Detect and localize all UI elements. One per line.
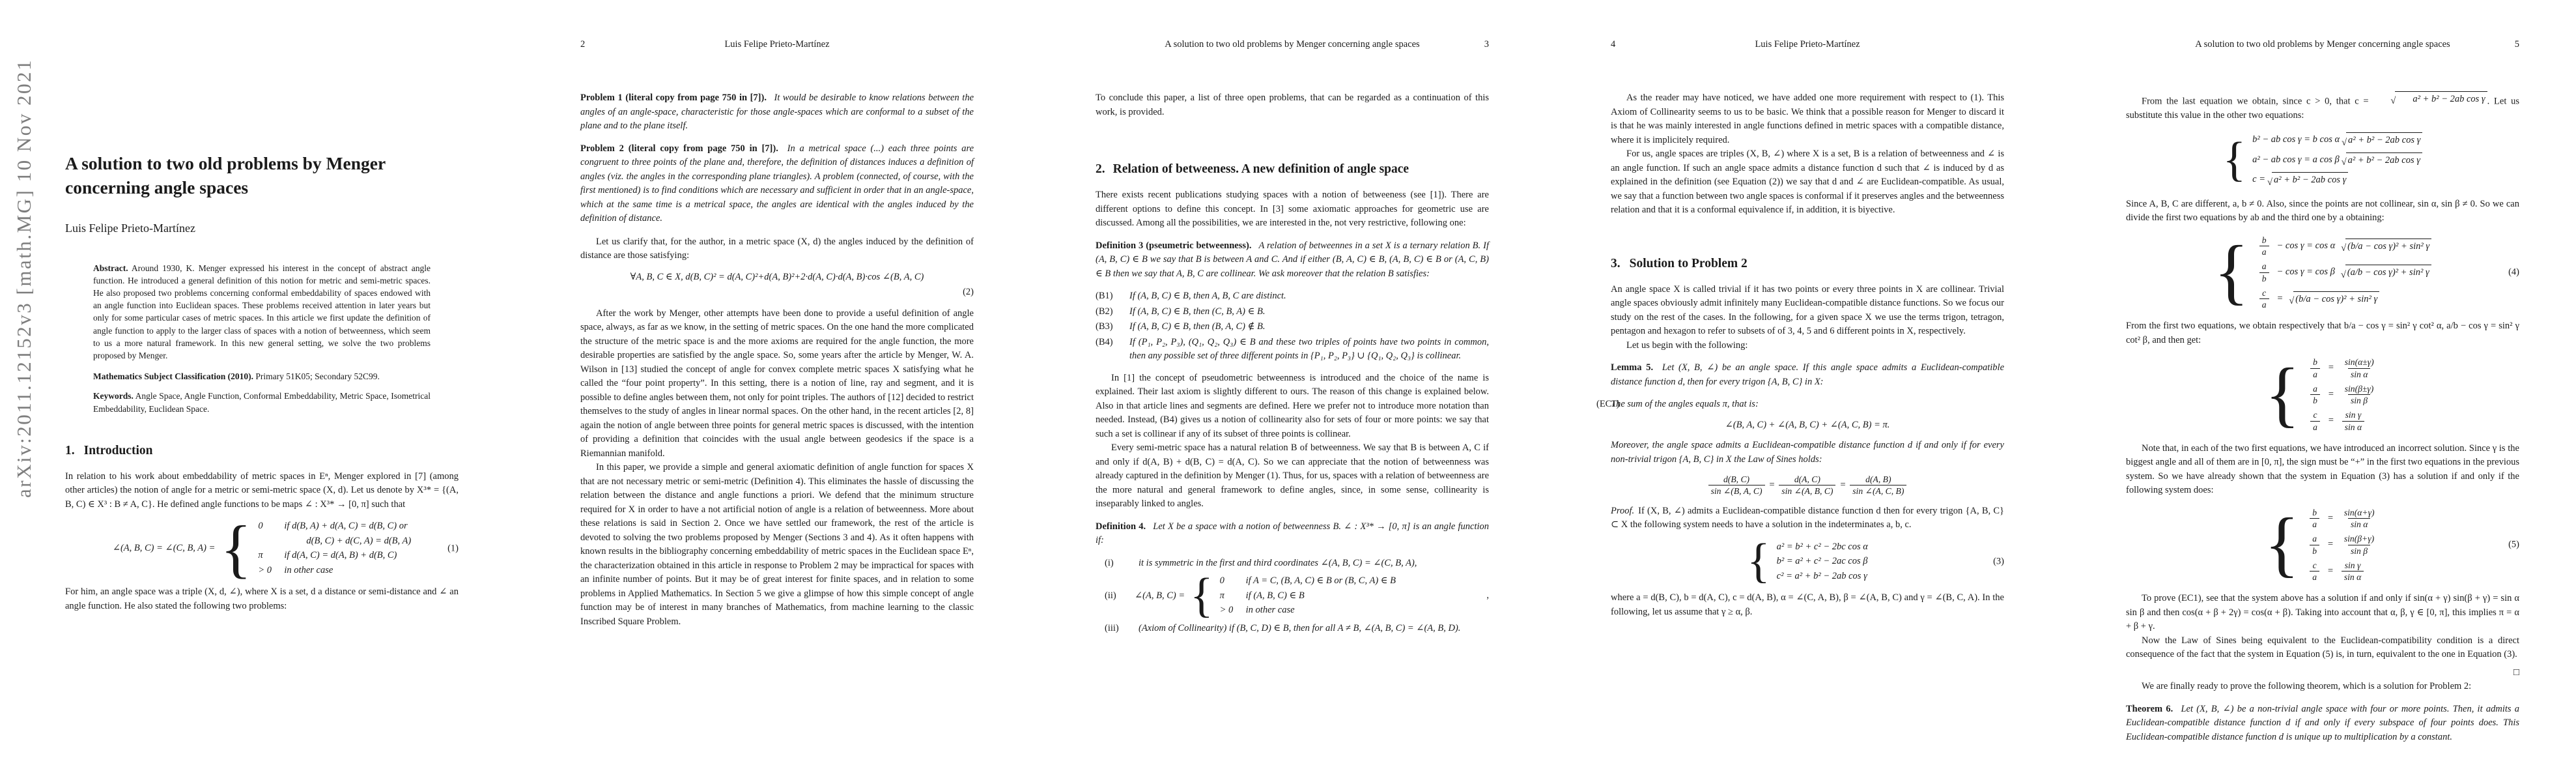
msc-block: Mathematics Subject Classification (2010…	[93, 370, 431, 383]
cases-brace: {	[2264, 514, 2299, 575]
denominator: sin β	[2348, 545, 2370, 556]
equation-formula: ∀A, B, C ∈ X, d(B, C)² = d(A, C)²+d(A, B…	[580, 270, 974, 285]
fraction: d(B, C) sin ∠(B, A, C)	[1708, 474, 1765, 497]
item-text: (Axiom of Collinearity) if (B, C, D) ∈ B…	[1139, 623, 1460, 633]
case-condition: if d(B, A) + d(A, C) = d(B, C) or	[284, 519, 407, 534]
equation-tag: (5)	[2508, 538, 2519, 552]
denominator: b	[2310, 545, 2319, 556]
cases-brace: {	[2265, 364, 2300, 426]
axiom-label: (B1)	[1096, 289, 1125, 304]
case-condition: in other case	[1246, 603, 1295, 618]
radicand: a² + b² − 2ab cos γ	[2346, 152, 2422, 168]
square-root: √a² + b² − 2ab cos γ	[2267, 172, 2348, 188]
system-row: ab = sin(β+γ)sin β	[2306, 534, 2381, 556]
system-row: c² = a² + b² − 2ab cos γ	[1777, 570, 1868, 584]
numerator: d(B, C)	[1721, 474, 1752, 485]
paragraph: To prove (EC1), see that the system abov…	[2126, 592, 2519, 634]
axiom-text: If (P₁, P₂, P₃), (Q₁, Q₂, Q₃) ∈ B and th…	[1129, 337, 1489, 362]
keywords-block: Keywords. Angle Space, Angle Function, C…	[93, 390, 431, 414]
problem-2-label: Problem 2 (literal copy from page 750 in…	[580, 143, 778, 154]
fraction: sin(β+γ)sin β	[2342, 534, 2377, 556]
radicand: a² + b² − 2ab cos γ	[2395, 91, 2487, 107]
case-condition: if (A, B, C) ∈ B	[1246, 589, 1305, 603]
numerator: a	[2310, 534, 2319, 544]
page-1: arXiv:2011.12152v3 [math.MG] 10 Nov 2021…	[0, 0, 515, 782]
radical-sign: √	[2375, 96, 2396, 106]
page-2-content: Problem 1 (literal copy from page 750 in…	[580, 0, 974, 629]
theorem-6-text: Let (X, B, ∠) be a non-trivial angle spa…	[2126, 704, 2519, 742]
problem-1: Problem 1 (literal copy from page 750 in…	[580, 91, 974, 134]
square-root: √(b/a − cos γ)² + sin² γ	[2289, 291, 2379, 307]
radicand: (b/a − cos γ)² + sin² γ	[2293, 291, 2379, 307]
denominator: sin α	[2348, 518, 2370, 529]
section-heading-2: 2.Relation of betweeness. A new definiti…	[1096, 161, 1489, 178]
lemma-5: Lemma 5. Let (X, B, ∠) be an angle space…	[1611, 361, 2004, 389]
denominator: a	[2310, 421, 2320, 432]
denominator: sin α	[2342, 571, 2364, 582]
case-value: π	[1220, 589, 1246, 603]
radicand: (b/a − cos γ)² + sin² γ	[2345, 239, 2431, 254]
paragraph: Note that, in each of the two first equa…	[2126, 442, 2519, 498]
theorem-6: Theorem 6. Let (X, B, ∠) be a non-trivia…	[2126, 702, 2519, 745]
case-value: 0	[1220, 574, 1246, 588]
abstract: Abstract. Around 1930, K. Menger express…	[93, 262, 431, 362]
paragraph: Every semi-metric space has a natural re…	[1096, 441, 1489, 512]
proof-paragraph: Proof.If (X, B, ∠) admits a Euclidean-co…	[1611, 504, 2004, 532]
row-lhs: a² − ab cos γ = a cos β	[2252, 153, 2340, 167]
system-unnumbered-2: { ba = sin(α±γ)sin α ab = sin(β±γ)sin β …	[2126, 355, 2519, 434]
fraction: ca	[2310, 560, 2319, 583]
system-row: b² − ab cos γ = b cos α √a² + b² − 2ab c…	[2252, 132, 2422, 148]
system-row: c = √a² + b² − 2ab cos γ	[2252, 172, 2422, 188]
case-row: > 0 in other case	[1220, 603, 1396, 618]
system-row: ca = sin γsin α	[2306, 410, 2381, 432]
paragraph: Let us begin with the following:	[1611, 339, 2004, 353]
equals-sign: =	[1769, 478, 1776, 493]
case-condition: if A = C, (B, A, C) ∈ B or (B, C, A) ∈ B	[1246, 574, 1396, 588]
radicand: a² + b² − 2ab cos γ	[2346, 132, 2422, 148]
problem-2-text: In a metrical space (...) each three poi…	[580, 143, 974, 224]
system-row: ca = sin γsin α	[2306, 560, 2381, 583]
square-root: √a² + b² − 2ab cos γ	[2342, 152, 2422, 168]
page-2: 2 Luis Felipe Prieto-Martínez Problem 1 …	[515, 0, 1030, 782]
section-number: 2.	[1096, 162, 1105, 176]
problem-2: Problem 2 (literal copy from page 750 in…	[580, 142, 974, 226]
denominator: a	[2310, 368, 2320, 379]
proof-label: Proof.	[1611, 506, 1634, 516]
system-rows: b² − ab cos γ = b cos α √a² + b² − 2ab c…	[2252, 130, 2422, 190]
equation-5: { ba = sin(α+γ)sin α ab = sin(β+γ)sin β …	[2126, 506, 2519, 585]
numerator: d(A, C)	[1792, 474, 1823, 485]
definition-4: Definition 4. Let X be a space with a no…	[1096, 520, 1489, 548]
keywords-label: Keywords.	[93, 391, 134, 401]
fraction: ba	[2310, 508, 2319, 530]
equation-tag: (2)	[580, 285, 974, 300]
numerator: c	[2310, 560, 2319, 571]
axiom-label: (B4)	[1096, 336, 1125, 350]
fraction: ab	[2310, 384, 2320, 406]
axiom-b3: (B3)If (A, B, C) ∈ B, then (B, A, C) ∉ B…	[1096, 320, 1489, 334]
lemma-continuation: Moreover, the angle space admits a Eucli…	[1611, 439, 2004, 467]
abstract-label: Abstract.	[93, 263, 128, 273]
case-row: 0 if d(B, A) + d(A, C) = d(B, C) or	[258, 519, 411, 534]
item-i: (i)it is symmetric in the first and thir…	[1105, 557, 1489, 571]
fraction: ba	[2310, 357, 2320, 379]
numerator: a	[2259, 261, 2269, 272]
numerator: c	[2259, 288, 2269, 298]
page-5-content: From the last equation we obtain, since …	[2126, 0, 2519, 753]
qed-symbol: □	[2126, 666, 2519, 680]
arxiv-watermark: arXiv:2011.12152v3 [math.MG] 10 Nov 2021	[17, 59, 31, 498]
square-root: √a² + b² − 2ab cos γ	[2342, 132, 2422, 148]
cases: 0 if d(B, A) + d(A, C) = d(B, C) or d(B,…	[258, 519, 411, 577]
paragraph: Now the Law of Sines being equivalent to…	[2126, 634, 2519, 662]
denominator: b	[2310, 394, 2320, 405]
row-lhs: c =	[2252, 173, 2265, 187]
numerator: b	[2310, 357, 2320, 368]
axiom-label: (B3)	[1096, 320, 1125, 334]
fraction: sin γsin α	[2342, 560, 2364, 583]
item-iii: (iii)(Axiom of Collinearity) if (B, C, D…	[1105, 622, 1489, 636]
lemma-5-text: Let (X, B, ∠) be an angle space. If this…	[1611, 362, 2004, 387]
radicand: (a/b − cos γ)² + sin² γ	[2345, 265, 2431, 280]
definition-3-label: Definition 3 (pseumetric betweenness).	[1096, 240, 1251, 251]
radicand: a² + b² − 2ab cos γ	[2272, 172, 2348, 188]
paragraph: We are finally ready to prove the follow…	[2126, 680, 2519, 694]
case-condition: if d(A, C) = d(A, B) + d(B, C)	[284, 549, 397, 563]
numerator: sin(β±γ)	[2342, 384, 2377, 394]
equals-sign: =	[1839, 478, 1846, 493]
equals-sign: =	[2327, 538, 2334, 552]
axiom-text: If (A, B, C) ∈ B, then A, B, C are disti…	[1129, 291, 1286, 301]
equation-tag: (4)	[2508, 265, 2519, 280]
denominator: a	[2259, 246, 2269, 257]
denominator: a	[2259, 298, 2269, 310]
paragraph: where a = d(B, C), b = d(A, C), c = d(A,…	[1611, 591, 2004, 619]
equals-sign: =	[2327, 564, 2334, 579]
equation-4: { ba − cos γ = cos α √(b/a − cos γ)² + s…	[2126, 233, 2519, 312]
condition-ec1: (EC1) The sum of the angles equals π, th…	[1611, 398, 2004, 412]
case-value: 0	[258, 519, 284, 534]
abstract-text: Around 1930, K. Menger expressed his int…	[93, 263, 431, 360]
system-row: ca = √(b/a − cos γ)² + sin² γ	[2256, 288, 2431, 310]
page-3: A solution to two old problems by Menger…	[1030, 0, 1546, 782]
numerator: d(A, B)	[1863, 474, 1893, 485]
fraction: sin(α+γ)sin α	[2342, 508, 2377, 530]
axiom-b2: (B2)If (A, B, C) ∈ B, then (C, B, A) ∈ B…	[1096, 305, 1489, 319]
page-4-content: As the reader may have noticed, we have …	[1611, 0, 2004, 619]
numerator: c	[2310, 410, 2319, 420]
axiom-label: (B2)	[1096, 305, 1125, 319]
cases-brace: {	[2214, 241, 2249, 303]
paragraph: As the reader may have noticed, we have …	[1611, 91, 2004, 147]
equals-sign: =	[2328, 388, 2334, 402]
paragraph: In this paper, we provide a simple and g…	[580, 461, 974, 629]
case-row: π if (A, B, C) ∈ B	[1220, 589, 1396, 603]
square-root: √(a/b − cos γ)² + sin² γ	[2341, 265, 2431, 280]
trailing-comma: ,	[1486, 589, 1489, 603]
author-name: Luis Felipe Prieto-Martínez	[65, 222, 459, 236]
equals-sign: =	[2328, 361, 2334, 375]
paper-title: A solution to two old problems by Menger…	[65, 151, 459, 199]
axiom-b1: (B1)If (A, B, C) ∈ B, then A, B, C are d…	[1096, 289, 1489, 304]
problem-1-label: Problem 1 (literal copy from page 750 in…	[580, 93, 767, 103]
axiom-text: If (A, B, C) ∈ B, then (C, B, A) ∈ B.	[1129, 306, 1265, 317]
axiom-b4: (B4)If (P₁, P₂, P₃), (Q₁, Q₂, Q₃) ∈ B an…	[1096, 336, 1489, 364]
section-title: Introduction	[84, 444, 153, 457]
square-root: √a² + b² − 2ab cos γ	[2375, 91, 2487, 107]
system-rows: ba = sin(α+γ)sin α ab = sin(β+γ)sin β ca…	[2306, 506, 2381, 585]
section-title: Solution to Problem 2	[1630, 257, 1748, 270]
paragraph: Since A, B, C are different, a, b ≠ 0. A…	[2126, 197, 2519, 225]
fraction: d(A, C) sin ∠(A, B, C)	[1779, 474, 1835, 497]
equation-lhs: ∠(A, B, C) = ∠(C, B, A) =	[113, 542, 216, 556]
numerator: a	[2310, 384, 2320, 394]
system-row: a² − ab cos γ = a cos β √a² + b² − 2ab c…	[2252, 152, 2422, 168]
msc-text: Primary 51K05; Secondary 52C99.	[255, 371, 379, 381]
case-value: > 0	[1220, 603, 1246, 618]
equation-2: ∀A, B, C ∈ X, d(B, C)² = d(A, C)²+d(A, B…	[580, 270, 974, 300]
system-row: ba = sin(α±γ)sin α	[2306, 357, 2381, 379]
system-rows: a² = b² + c² − 2bc cos α b² = a² + c² − …	[1777, 540, 1868, 584]
fraction: ca	[2259, 288, 2269, 310]
case-value: > 0	[258, 564, 284, 578]
system-row: ab = sin(β±γ)sin β	[2306, 384, 2381, 406]
item-label: (i)	[1105, 557, 1135, 571]
section-number: 1.	[65, 444, 75, 457]
equation-tag: (3)	[1993, 555, 2004, 569]
item-text: it is symmetric in the first and third c…	[1139, 558, 1417, 568]
case-condition: in other case	[284, 564, 333, 578]
system-row: b² = a² + c² − 2ac cos β	[1777, 555, 1868, 569]
denominator: a	[2310, 518, 2319, 529]
page-1-content: A solution to two old problems by Menger…	[65, 0, 459, 613]
proof-text: If (X, B, ∠) admits a Euclidean-compatib…	[1611, 506, 2004, 530]
fraction: ab	[2310, 534, 2319, 556]
numerator: sin(β+γ)	[2342, 534, 2377, 544]
numerator: b	[2259, 235, 2269, 246]
keywords-text: Angle Space, Angle Function, Conformal E…	[93, 391, 431, 413]
case-row: d(B, C) + d(C, A) = d(B, A)	[258, 534, 411, 549]
case-row: π if d(A, C) = d(A, B) + d(B, C)	[258, 549, 411, 563]
section-number: 3.	[1611, 257, 1621, 270]
paragraph-text: From the last equation we obtain, since …	[2142, 96, 2369, 106]
case-row: > 0 in other case	[258, 564, 411, 578]
system-row: ba = sin(α+γ)sin α	[2306, 508, 2381, 530]
paragraph: An angle space X is called trivial if it…	[1611, 283, 2004, 339]
law-of-sines-equation: d(B, C) sin ∠(B, A, C) = d(A, C) sin ∠(A…	[1611, 474, 2004, 497]
definition-4-text: Let X be a space with a notion of betwee…	[1096, 521, 1489, 546]
numerator: sin(α+γ)	[2342, 508, 2377, 518]
paragraph: There exists recent publications studyin…	[1096, 188, 1489, 231]
paragraph: In relation to his work about embeddabil…	[65, 470, 459, 512]
system-row: a² = b² + c² − 2bc cos α	[1777, 540, 1868, 555]
theorem-6-label: Theorem 6.	[2126, 704, 2173, 714]
item-label: (ii)	[1105, 589, 1135, 603]
cases-brace: {	[1190, 575, 1213, 616]
paragraph: For him, an angle space was a triple (X,…	[65, 585, 459, 613]
case-value: π	[258, 549, 284, 563]
denominator: sin α	[2348, 368, 2370, 379]
denominator: sin ∠(A, B, C)	[1779, 485, 1835, 496]
equation-tag: (1)	[447, 542, 459, 556]
equation-3: { a² = b² + c² − 2bc cos α b² = a² + c² …	[1611, 540, 2004, 584]
section-title: Relation of betweeness. A new definition…	[1113, 162, 1409, 176]
paragraph: In [1] the concept of pseudometric betwe…	[1096, 371, 1489, 442]
case-condition: d(B, C) + d(C, A) = d(B, A)	[284, 534, 411, 549]
row-middle: − cos γ = cos α	[2277, 239, 2336, 253]
paragraph: To conclude this paper, a list of three …	[1096, 91, 1489, 119]
square-root: √(b/a − cos γ)² + sin² γ	[2341, 239, 2431, 254]
fraction: sin γsin α	[2342, 410, 2364, 432]
fraction: ca	[2310, 410, 2320, 432]
paragraph: Let us clarify that, for the author, in …	[580, 235, 974, 263]
denominator: b	[2259, 272, 2269, 283]
fraction: d(A, B) sin ∠(A, C, B)	[1850, 474, 1906, 497]
paragraph: From the last equation we obtain, since …	[2126, 91, 2519, 123]
equals-sign: =	[2328, 414, 2334, 428]
page-4: 4 Luis Felipe Prieto-Martínez As the rea…	[1546, 0, 2061, 782]
equation-lhs: ∠(A, B, C) =	[1135, 589, 1185, 603]
cases-brace: {	[2223, 139, 2246, 181]
denominator: sin α	[2342, 421, 2364, 432]
item-ii-equation: (ii) ∠(A, B, C) = { 0 if A = C, (B, A, C…	[1105, 574, 1489, 618]
denominator: sin β	[2348, 394, 2370, 405]
paragraph: After the work by Menger, other attempts…	[580, 307, 974, 461]
fraction: ba	[2259, 235, 2269, 257]
fraction: sin(β±γ)sin β	[2342, 384, 2377, 406]
page-3-content: To conclude this paper, a list of three …	[1096, 0, 1489, 637]
paper-canvas: arXiv:2011.12152v3 [math.MG] 10 Nov 2021…	[0, 0, 2576, 782]
condition-text: The sum of the angles equals π, that is:	[1611, 399, 1759, 409]
equals-sign: =	[2327, 512, 2334, 526]
msc-label: Mathematics Subject Classification (2010…	[93, 371, 253, 381]
numerator: sin γ	[2342, 560, 2364, 571]
row-lhs: b² − ab cos γ = b cos α	[2252, 133, 2340, 147]
section-heading-3: 3.Solution to Problem 2	[1611, 255, 2004, 272]
item-label: (iii)	[1105, 622, 1135, 636]
denominator: a	[2310, 571, 2319, 582]
system-rows: ba − cos γ = cos α √(b/a − cos γ)² + sin…	[2256, 233, 2431, 312]
system-row: ab − cos γ = cos β √(a/b − cos γ)² + sin…	[2256, 261, 2431, 283]
definition-3: Definition 3 (pseumetric betweenness). A…	[1096, 239, 1489, 282]
paragraph: For us, angle spaces are triples (X, B, …	[1611, 147, 2004, 218]
ec1-equation: ∠(B, A, C) + ∠(A, B, C) + ∠(A, C, B) = π…	[1611, 418, 2004, 433]
numerator: b	[2310, 508, 2319, 518]
condition-label: (EC1)	[1596, 398, 1619, 412]
system-rows: ba = sin(α±γ)sin α ab = sin(β±γ)sin β ca…	[2306, 355, 2381, 434]
cases-brace: {	[1747, 541, 1770, 582]
system-row: ba − cos γ = cos α √(b/a − cos γ)² + sin…	[2256, 235, 2431, 257]
fraction: sin(α±γ)sin α	[2342, 357, 2377, 379]
section-heading-1: 1.Introduction	[65, 442, 459, 459]
equation-1: ∠(A, B, C) = ∠(C, B, A) = { 0 if d(B, A)…	[65, 519, 459, 577]
system-unnumbered-1: { b² − ab cos γ = b cos α √a² + b² − 2ab…	[2126, 130, 2519, 190]
page-5: A solution to two old problems by Menger…	[2061, 0, 2576, 782]
numerator: sin γ	[2343, 410, 2364, 420]
row-middle: =	[2277, 292, 2284, 306]
row-middle: − cos γ = cos β	[2277, 265, 2335, 280]
denominator: sin ∠(B, A, C)	[1708, 485, 1765, 496]
fraction: ab	[2259, 261, 2269, 283]
cases: 0 if A = C, (B, A, C) ∈ B or (B, C, A) ∈…	[1220, 574, 1396, 618]
lemma-5-label: Lemma 5.	[1611, 362, 1653, 373]
axiom-text: If (A, B, C) ∈ B, then (B, A, C) ∉ B.	[1129, 321, 1265, 332]
paragraph: From the first two equations, we obtain …	[2126, 319, 2519, 347]
denominator: sin ∠(A, C, B)	[1850, 485, 1906, 496]
cases-brace: {	[220, 521, 251, 576]
case-row: 0 if A = C, (B, A, C) ∈ B or (B, C, A) ∈…	[1220, 574, 1396, 588]
numerator: sin(α±γ)	[2342, 357, 2377, 368]
definition-4-label: Definition 4.	[1096, 521, 1146, 532]
